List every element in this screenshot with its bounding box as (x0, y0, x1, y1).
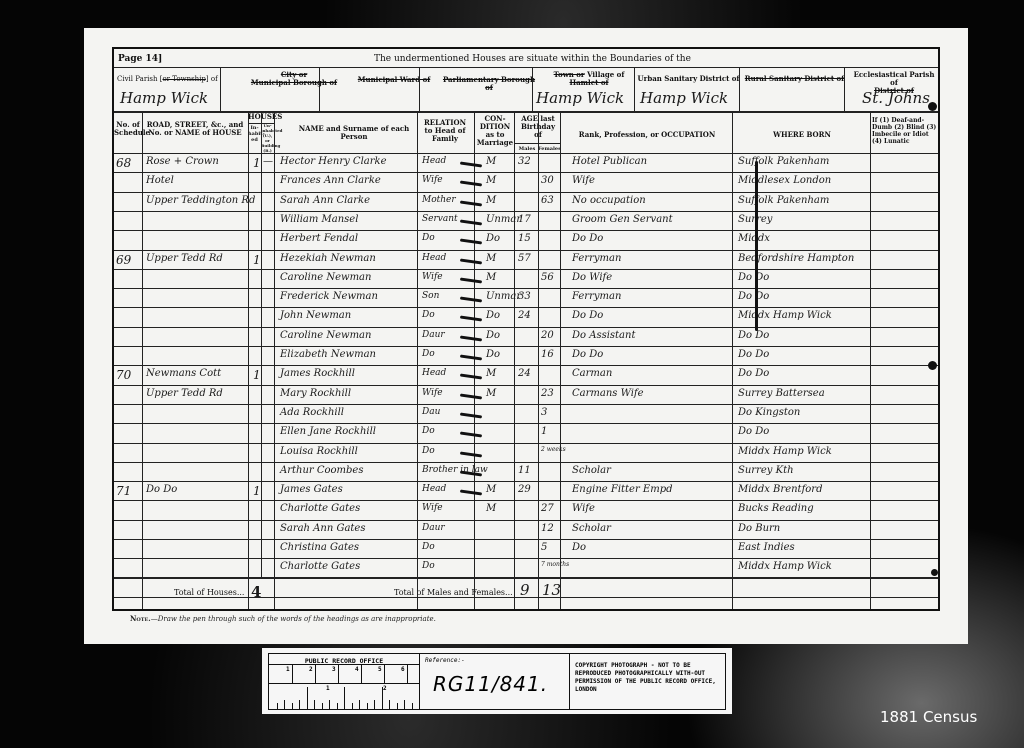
birthplace: Suffolk Pakenham (738, 195, 829, 206)
schedule-number: 70 (116, 368, 131, 382)
birthplace: Middlesex London (738, 175, 831, 186)
ruler-tick (322, 703, 323, 709)
row-rule (114, 462, 938, 463)
row-rule (114, 346, 938, 347)
marital-condition: M (486, 503, 496, 514)
person-name: Sarah Ann Clarke (280, 195, 370, 206)
birthplace: Suffolk Pakenham (738, 156, 829, 167)
totals-rule (114, 577, 938, 579)
relation-to-head: Dau (422, 407, 440, 417)
municipal-ward-label: Municipal Ward of (344, 76, 444, 84)
ruler-tick (404, 700, 405, 709)
ruler-tick (329, 700, 330, 709)
row-rule (114, 230, 938, 231)
marital-condition: M (486, 388, 496, 399)
female-age: 2 weeks (541, 446, 566, 453)
pen-stroke (460, 393, 482, 399)
column-divider (261, 111, 262, 579)
marital-condition: M (486, 156, 496, 167)
pen-stroke (460, 277, 482, 283)
birthplace: Do Burn (738, 523, 780, 534)
female-age: 12 (541, 523, 554, 534)
row-rule (114, 520, 938, 521)
relation-to-head: Wife (422, 503, 443, 513)
col-schedule: No. of Schedule (114, 121, 142, 137)
ruler-tick (314, 700, 315, 709)
col-females: Females (538, 145, 560, 153)
pen-stroke (460, 181, 482, 187)
marital-condition: M (486, 368, 496, 379)
person-name: Frances Ann Clarke (280, 175, 381, 186)
person-name: Ada Rockhill (280, 407, 344, 418)
relation-to-head: Servant (422, 214, 458, 224)
row-rule (114, 153, 938, 154)
col-where-born: WHERE BORN (734, 131, 870, 139)
female-age: 1 (541, 426, 547, 437)
relation-to-head: Mother (422, 195, 456, 205)
occupation: Groom Gen Servant (572, 214, 673, 225)
male-age: 11 (518, 465, 531, 476)
relation-to-head: Wife (422, 175, 443, 185)
ruler-tick (344, 687, 345, 709)
male-age: 32 (518, 156, 531, 167)
page-number: Page 14] (118, 55, 162, 63)
person-name: Louisa Rockhill (280, 446, 358, 457)
col-males: Males (516, 145, 538, 153)
urban-sanitary-value: Hamp Wick (640, 89, 728, 107)
houses-subrule (248, 123, 274, 124)
total-houses-label: Total of Houses... (174, 589, 244, 597)
marital-condition: M (486, 195, 496, 206)
inhabited-count: 1 (253, 253, 261, 267)
row-rule (114, 404, 938, 405)
pen-stroke (460, 200, 482, 206)
birthplace: Middx Brentford (738, 484, 822, 495)
birthplace: Bucks Reading (738, 503, 814, 514)
female-age: 56 (541, 272, 554, 283)
road-name: Newmans Cott (146, 368, 221, 379)
person-name: James Gates (280, 484, 343, 495)
marital-condition: Unmar (486, 291, 521, 302)
occupation: No occupation (572, 195, 646, 206)
column-divider (560, 111, 561, 609)
column-divider (274, 111, 275, 609)
pen-stroke (460, 374, 482, 380)
pen-stroke (460, 335, 482, 341)
row-rule (114, 211, 938, 212)
col-relation: RELATION to Head of Family (419, 119, 471, 143)
occupation: Carmans Wife (572, 388, 644, 399)
ruler-tick (292, 703, 293, 709)
ruler-tick (374, 700, 375, 709)
ruler-number: 1 (286, 666, 290, 673)
ruler-tick (407, 665, 408, 683)
header-divider (739, 67, 740, 111)
occupation: Do Wife (572, 272, 612, 283)
road-name: Upper Teddington Rd (146, 195, 255, 206)
schedule-number: 69 (116, 253, 131, 267)
header-divider (419, 67, 420, 111)
male-age: 29 (518, 484, 531, 495)
birthplace: Do Do (738, 272, 769, 283)
row-rule (114, 288, 938, 289)
row-rule (114, 307, 938, 308)
relation-to-head: Head (422, 368, 446, 378)
ink-blot (928, 102, 937, 111)
col-road: ROAD, STREET, &c., and No. or NAME of HO… (142, 121, 248, 137)
person-name: James Rockhill (280, 368, 355, 379)
ruler-tick (337, 703, 338, 709)
ruler-tick (299, 700, 300, 709)
relation-to-head: Do (422, 542, 435, 552)
occupation: Carman (572, 368, 612, 379)
female-age: 5 (541, 542, 547, 553)
ink-blot (928, 361, 937, 370)
ruler-number: 2 (309, 666, 313, 673)
inhabited-count: 1 (253, 368, 261, 382)
column-divider (538, 111, 539, 609)
ruler-tick (292, 665, 293, 683)
pen-stroke (460, 316, 482, 322)
female-age: 3 (541, 407, 547, 418)
road-name: Hotel (146, 175, 174, 186)
relation-to-head: Do (422, 561, 435, 571)
relation-to-head: Do (422, 233, 435, 243)
column-divider (870, 111, 871, 609)
female-age: 7 months (541, 561, 569, 568)
female-age: 27 (541, 503, 554, 514)
inhabited-count: 1 (253, 484, 261, 498)
road-name: Rose + Crown (146, 156, 219, 167)
form-title: The undermentioned Houses are situate wi… (374, 55, 691, 63)
ruler-tick (284, 700, 285, 709)
relation-to-head: Head (422, 156, 446, 166)
ruler-number: 6 (401, 666, 405, 673)
row-rule (114, 192, 938, 193)
ruler-inches: 123456 (269, 665, 419, 684)
pen-stroke (460, 161, 482, 167)
birthplace: Do Kingston (738, 407, 800, 418)
marital-condition: Do (486, 310, 500, 321)
ruler-tick (277, 703, 278, 709)
female-age: 23 (541, 388, 554, 399)
ruler-tick (412, 703, 413, 709)
birthplace: Do Do (738, 330, 769, 341)
schedule-number: 68 (116, 156, 131, 170)
row-rule (114, 500, 938, 501)
person-name: Charlotte Gates (280, 503, 360, 514)
column-divider (142, 111, 143, 609)
row-rule (114, 365, 938, 366)
header-divider (220, 67, 221, 111)
occupation: Wife (572, 503, 595, 514)
instruction-note: Note.—Draw the pen through such of the w… (130, 614, 436, 623)
pen-stroke (460, 239, 482, 245)
person-name: Frederick Newman (280, 291, 378, 302)
birthplace: Middx Hamp Wick (738, 446, 832, 457)
civil-parish-value: Hamp Wick (120, 89, 208, 107)
occupation: Do Do (572, 349, 603, 360)
col-condition: CON-DITION as to Marriage (476, 115, 514, 147)
pen-stroke (460, 297, 482, 303)
male-age: 24 (518, 310, 531, 321)
rural-sanitary-label: Rural Sanitary District of (742, 75, 847, 83)
male-age: 33 (518, 291, 531, 302)
occupation: Do Do (572, 233, 603, 244)
marital-condition: M (486, 484, 496, 495)
pen-stroke (460, 219, 482, 225)
civil-parish-label: Civil Parish [or Township] of (117, 75, 218, 83)
ruler-tick (359, 700, 360, 709)
person-name: Hector Henry Clarke (280, 156, 387, 167)
marital-condition: Do (486, 233, 500, 244)
male-age: 15 (518, 233, 531, 244)
relation-to-head: Son (422, 291, 439, 301)
ecclesiastical-value: St. Johns (862, 89, 930, 107)
ruler-tick (352, 703, 353, 709)
header-divider (532, 67, 533, 111)
column-divider (514, 111, 515, 609)
birthplace: Do Do (738, 368, 769, 379)
ruler-tick (307, 687, 308, 709)
col-inhabited: In-habit-ed (248, 125, 261, 143)
header-divider (634, 67, 635, 111)
occupation: Engine Fitter Empd (572, 484, 673, 495)
column-divider (248, 111, 249, 609)
pen-stroke (460, 258, 482, 264)
relation-to-head: Wife (422, 272, 443, 282)
row-rule (114, 269, 938, 270)
birthplace: East Indies (738, 542, 795, 553)
person-name: Hezekiah Newman (280, 253, 376, 264)
reference-label: Reference:- (425, 657, 465, 664)
col-occupation: Rank, Profession, or OCCUPATION (562, 131, 732, 139)
pen-stroke (460, 432, 482, 438)
ruler-tick (389, 700, 390, 709)
birthplace: Do Do (738, 426, 769, 437)
ruler-tick (367, 703, 368, 709)
birthplace: Do Do (738, 291, 769, 302)
birthplace: Middx Hamp Wick (738, 561, 832, 572)
village-value: Hamp Wick (536, 89, 624, 107)
urban-sanitary-label: Urban Sanitary District of (636, 75, 741, 83)
total-houses-value: 4 (251, 583, 261, 601)
relation-to-head: Wife (422, 388, 443, 398)
road-name: Upper Tedd Rd (146, 253, 223, 264)
marital-condition: Do (486, 349, 500, 360)
male-age: 24 (518, 368, 531, 379)
male-age: 57 (518, 253, 531, 264)
ruler-number: 5 (378, 666, 382, 673)
marital-condition: M (486, 272, 496, 283)
person-name: Ellen Jane Rockhill (280, 426, 376, 437)
relation-to-head: Head (422, 484, 446, 494)
person-name: Herbert Fendal (280, 233, 358, 244)
ruler-number: 2 (383, 685, 387, 692)
ruler-number: 3 (332, 666, 336, 673)
ruler-tick (384, 665, 385, 683)
relation-to-head: Head (422, 253, 446, 263)
pen-stroke (460, 412, 482, 418)
birthplace: Middx (738, 233, 770, 244)
ruler-block: PUBLIC RECORD OFFICE 123456 12 (269, 654, 420, 709)
birthplace: Surrey Battersea (738, 388, 825, 399)
uninhabited-mark: — (263, 156, 273, 167)
relation-to-head: Do (422, 446, 435, 456)
col-name: NAME and Surname of each Person (294, 125, 414, 141)
row-rule (114, 443, 938, 444)
pen-stroke (460, 451, 482, 457)
row-rule (114, 385, 938, 386)
office-name: PUBLIC RECORD OFFICE (269, 654, 419, 665)
column-divider (417, 111, 418, 609)
person-name: William Mansel (280, 214, 358, 225)
ruler-tick (338, 665, 339, 683)
pen-stroke (460, 490, 482, 496)
age-subrule (514, 143, 560, 144)
occupation: Do (572, 542, 586, 553)
birthplace: Middx Hamp Wick (738, 310, 832, 321)
relation-to-head: Do (422, 349, 435, 359)
row-rule (114, 597, 938, 598)
occupation: Do Assistant (572, 330, 635, 341)
village-label: Town or Village ofHamlet of (539, 71, 639, 87)
relation-to-head: Daur (422, 523, 445, 533)
ruler-number: 4 (355, 666, 359, 673)
occupation: Do Do (572, 310, 603, 321)
header-rule (114, 111, 938, 113)
census-form: Page 14] The undermentioned Houses are s… (112, 47, 940, 611)
person-name: Christina Gates (280, 542, 359, 553)
archive-label: PUBLIC RECORD OFFICE 123456 12 Reference… (262, 648, 732, 714)
female-age: 63 (541, 195, 554, 206)
row-rule (114, 327, 938, 328)
ruler-tick (397, 703, 398, 709)
parliamentary-borough-label: Parliamentary Borough of (439, 76, 539, 92)
occupation: Scholar (572, 465, 611, 476)
relation-to-head: Do (422, 426, 435, 436)
row-rule (114, 423, 938, 424)
male-age: 17 (518, 214, 531, 225)
row-rule (114, 558, 938, 559)
ruler-number: 1 (326, 685, 330, 692)
row-rule (114, 539, 938, 540)
occupation: Ferryman (572, 253, 621, 264)
female-age: 16 (541, 349, 554, 360)
road-name: Upper Tedd Rd (146, 388, 223, 399)
row-rule (114, 172, 938, 173)
road-name: Do Do (146, 484, 177, 495)
occupation: Ferryman (572, 291, 621, 302)
occupation: Wife (572, 175, 595, 186)
ruler-cm: 12 (269, 683, 419, 709)
person-name: Charlotte Gates (280, 561, 360, 572)
inhabited-count: 1 (253, 156, 261, 170)
person-name: Mary Rockhill (280, 388, 351, 399)
reference-value: RG11/841. (433, 672, 548, 696)
header-rule (114, 67, 938, 68)
schedule-number: 71 (116, 484, 131, 498)
header-divider (319, 67, 320, 111)
reference-block: Reference:- RG11/841. (419, 654, 570, 709)
marital-condition: M (486, 253, 496, 264)
column-divider (732, 111, 733, 609)
marital-condition: M (486, 175, 496, 186)
ink-blot (931, 569, 938, 576)
relation-to-head: Do (422, 310, 435, 320)
municipal-borough-label: Municipal Borough of (234, 79, 354, 87)
female-age: 30 (541, 175, 554, 186)
watermark: 1881 Census (880, 708, 977, 726)
col-infirmity: If (1) Deaf-and-Dumb (2) Blind (3) Imbec… (872, 117, 940, 145)
marital-condition: Unmar (486, 214, 521, 225)
person-name: Arthur Coombes (280, 465, 364, 476)
header-divider (844, 67, 845, 111)
person-name: Sarah Ann Gates (280, 523, 365, 534)
row-rule (114, 481, 938, 482)
col-uninhabited: Un-inhabited (U.), or Building (B.) (261, 123, 274, 153)
person-name: Caroline Newman (280, 330, 371, 341)
total-persons-label: Total of Males and Females... (394, 589, 513, 597)
ruler-tick (361, 665, 362, 683)
occupation: Scholar (572, 523, 611, 534)
person-name: John Newman (280, 310, 351, 321)
relation-to-head: Daur (422, 330, 445, 340)
occupation: Hotel Publican (572, 156, 647, 167)
marital-condition: Do (486, 330, 500, 341)
birthplace: Surrey Kth (738, 465, 794, 476)
person-name: Elizabeth Newman (280, 349, 376, 360)
person-name: Caroline Newman (280, 272, 371, 283)
ruler-tick (315, 665, 316, 683)
copyright-notice: COPYRIGHT PHOTOGRAPH - NOT TO BE REPRODU… (575, 662, 720, 694)
pen-stroke (755, 161, 758, 331)
pen-stroke (460, 354, 482, 360)
row-rule (114, 250, 938, 251)
birthplace: Do Do (738, 349, 769, 360)
female-age: 20 (541, 330, 554, 341)
